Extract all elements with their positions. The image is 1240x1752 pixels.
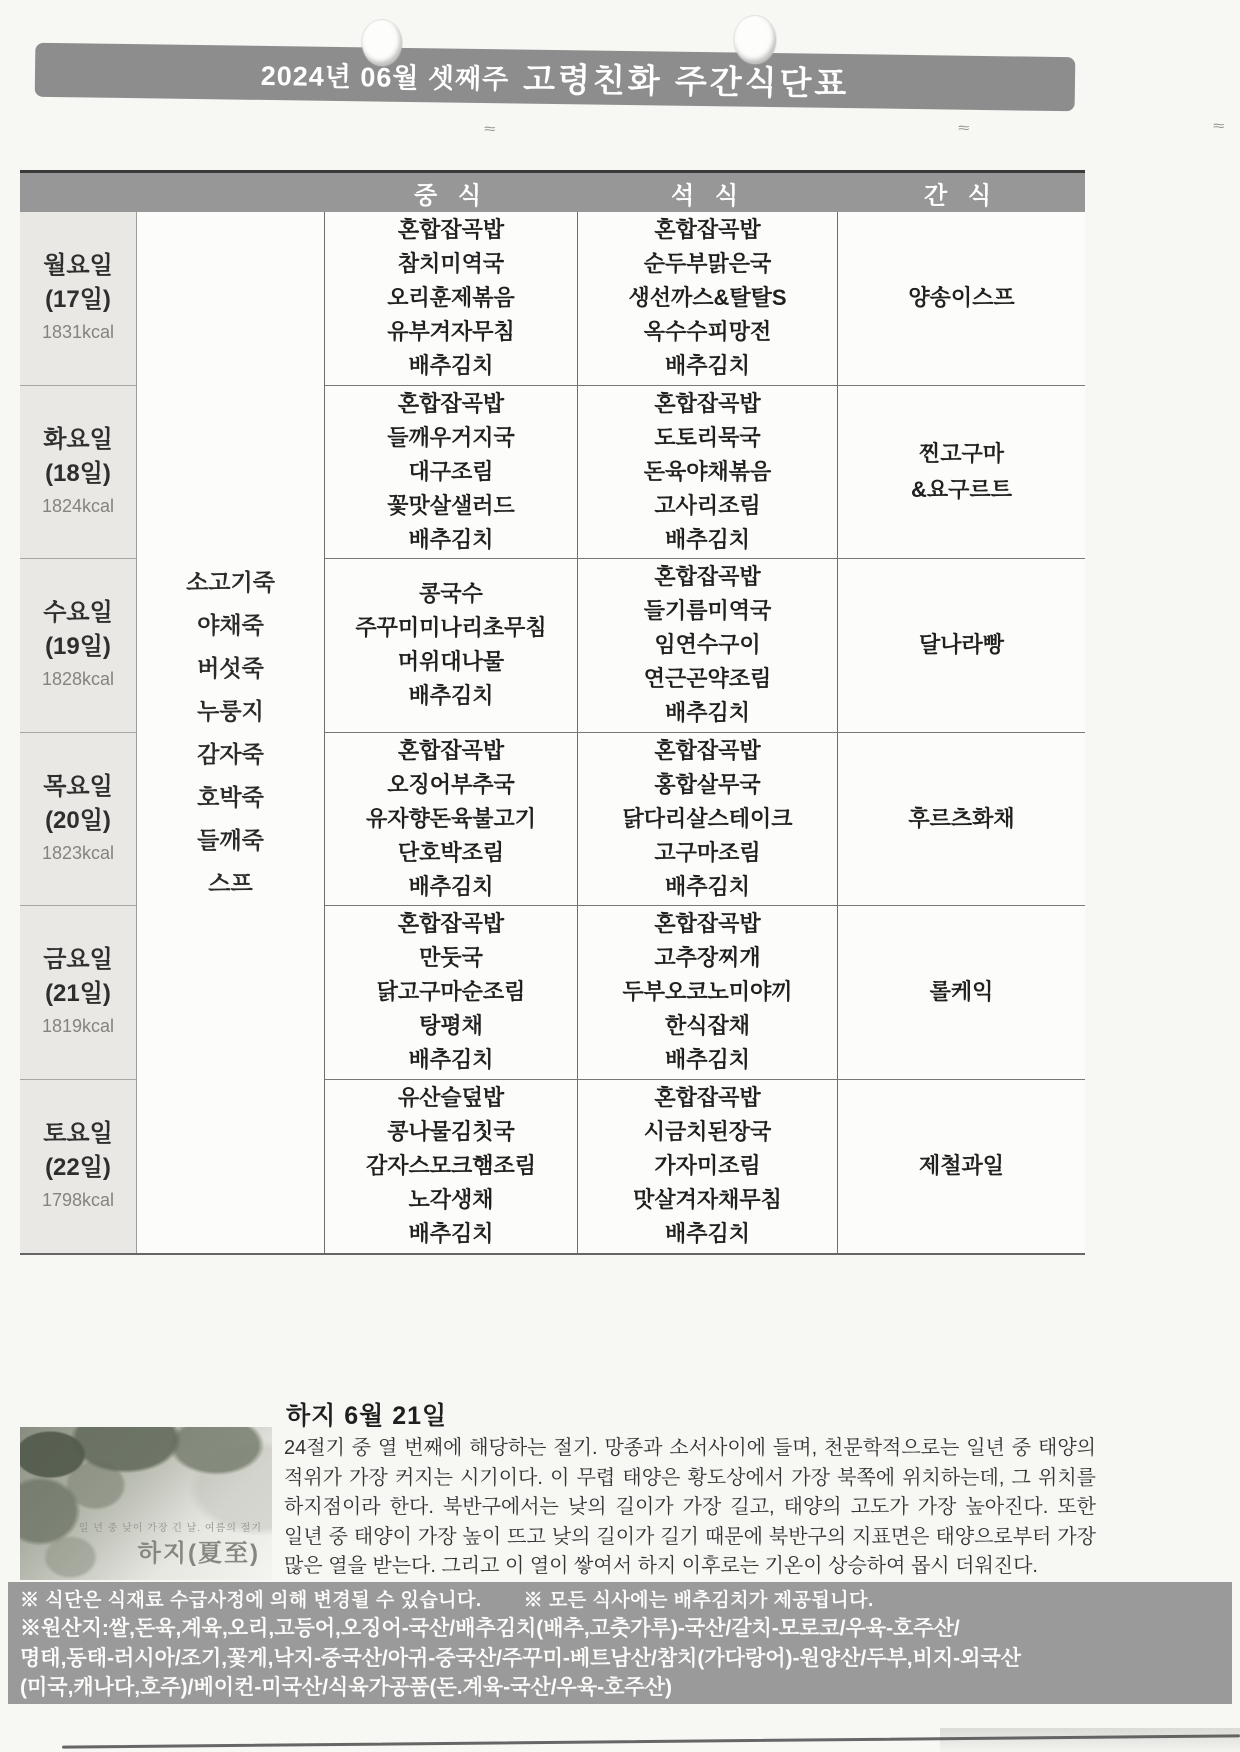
porridge-option: 소고기죽 (186, 561, 275, 604)
dinner-menu-item: 혼합잡곡밥 (654, 213, 760, 247)
day-cell: 월요일(17일)1831kcal (20, 212, 137, 386)
day-name: 금요일 (43, 943, 113, 977)
lunch-menu-item: 오리훈제볶음 (387, 281, 515, 315)
footer-origin-line: 명태,동태-러시아/조기,꽃게,낙지-중국산/아귀-중국산/주꾸미-베트남산/참… (20, 1644, 1220, 1674)
lunch-cell: 혼합잡곡밥들깨우거지국대구조림꽃맛살샐러드배추김치 (325, 386, 578, 560)
dinner-menu-item: 혼합잡곡밥 (654, 560, 760, 594)
dinner-menu-item: 닭다리살스테이크 (622, 802, 792, 836)
lunch-menu-item: 주꾸미미나리초무침 (355, 611, 546, 645)
dinner-menu-item: 혼합잡곡밥 (654, 907, 760, 941)
dinner-cell: 혼합잡곡밥홍합살무국닭다리살스테이크고구마조림배추김치 (578, 733, 838, 907)
smudge-mark: ≈ (958, 120, 969, 135)
day-name: 토요일 (43, 1117, 113, 1151)
dinner-cell: 혼합잡곡밥도토리묵국돈육야채볶음고사리조림배추김치 (578, 386, 838, 560)
dinner-menu-item: 배추김치 (665, 523, 750, 557)
porridge-option: 누룽지 (197, 690, 264, 733)
lunch-menu-item: 감자스모크햄조림 (366, 1149, 536, 1183)
dinner-menu-item: 시금치된장국 (644, 1115, 772, 1149)
day-date: (20일) (45, 804, 111, 838)
lunch-menu-item: 혼합잡곡밥 (398, 907, 504, 941)
column-header-snack: 간 식 (924, 175, 998, 210)
photo-caption-small: 일 년 중 낮이 가장 긴 날. 여름의 절기 (79, 1519, 262, 1534)
lunch-menu-item: 닭고구마순조림 (377, 975, 526, 1009)
lunch-menu-item: 콩국수 (419, 577, 483, 611)
day-kcal: 1831kcal (42, 317, 114, 347)
lunch-menu-item: 배추김치 (408, 679, 493, 713)
day-kcal: 1828kcal (42, 664, 114, 694)
porridge-option: 버섯죽 (197, 647, 264, 690)
snack-item: 찐고구마 (919, 436, 1004, 472)
lunch-cell: 콩국수주꾸미미나리초무침머위대나물배추김치 (325, 559, 578, 733)
dinner-menu-item: 혼합잡곡밥 (654, 1081, 760, 1115)
snack-cell: 후르츠화채 (838, 733, 1085, 907)
lunch-menu-item: 배추김치 (408, 349, 493, 383)
footer-notice-menu-change: ※ 식단은 식재료 수급사정에 의해 변경될 수 있습니다. (20, 1590, 482, 1611)
dinner-menu-item: 배추김치 (665, 1217, 750, 1251)
snack-cell: 양송이스프 (838, 212, 1085, 386)
day-cell: 수요일(19일)1828kcal (20, 559, 137, 733)
day-date: (19일) (45, 630, 111, 664)
dinner-cell: 혼합잡곡밥고추장찌개두부오코노미야끼한식잡채배추김치 (578, 906, 838, 1080)
lunch-menu-item: 대구조림 (408, 455, 493, 489)
day-kcal: 1798kcal (42, 1185, 114, 1215)
lunch-menu-item: 혼합잡곡밥 (398, 387, 504, 421)
dinner-menu-item: 맛살겨자채무침 (633, 1183, 782, 1217)
dinner-menu-item: 배추김치 (665, 349, 750, 383)
dinner-menu-item: 순두부맑은국 (644, 247, 772, 281)
lunch-menu-item: 혼합잡곡밥 (398, 734, 504, 768)
document-title-bar: 2024년 06월 셋째주 고령친화 주간식단표 (35, 43, 1076, 112)
dinner-menu-item: 옥수수피망전 (644, 315, 772, 349)
snack-cell: 달나라빵 (838, 559, 1085, 733)
lunch-menu-item: 콩나물김칫국 (387, 1115, 515, 1149)
smudge-mark: ≈ (1213, 118, 1224, 133)
dinner-cell: 혼합잡곡밥시금치된장국가자미조림맛살겨자채무침배추김치 (578, 1080, 838, 1254)
snack-cell: 찐고구마&요구르트 (838, 386, 1085, 560)
snack-item: 양송이스프 (908, 280, 1014, 316)
dinner-cell: 혼합잡곡밥순두부맑은국생선까스&탈탈S옥수수피망전배추김치 (578, 212, 838, 386)
leaf-photo: 일 년 중 낮이 가장 긴 날. 여름의 절기 하지(夏至) (20, 1427, 272, 1580)
porridge-option: 들깨죽 (197, 819, 264, 862)
footer-origin-line: (미국,캐나다,호주)/베이컨-미국산/식육가공품(돈.계육-국산/우육-호주산… (20, 1673, 1220, 1703)
dinner-menu-item: 홍합살무국 (654, 768, 760, 802)
day-cell: 토요일(22일)1798kcal (20, 1080, 137, 1254)
lunch-cell: 혼합잡곡밥참치미역국오리훈제볶음유부겨자무침배추김치 (325, 212, 578, 386)
day-date: (22일) (45, 1151, 111, 1185)
lunch-menu-item: 참치미역국 (398, 247, 504, 281)
dinner-menu-item: 생선까스&탈탈S (628, 281, 786, 315)
dinner-menu-item: 가자미조림 (654, 1149, 760, 1183)
snack-item: &요구르트 (911, 472, 1012, 508)
dinner-menu-item: 혼합잡곡밥 (654, 734, 760, 768)
lunch-menu-item: 유자향돈육불고기 (366, 802, 536, 836)
dinner-menu-item: 고사리조림 (654, 489, 760, 523)
day-cell: 금요일(21일)1819kcal (20, 906, 137, 1080)
day-name: 수요일 (43, 596, 113, 630)
lunch-menu-item: 탕평채 (419, 1009, 483, 1043)
lunch-menu-item: 배추김치 (408, 1217, 493, 1251)
day-kcal: 1823kcal (42, 838, 114, 868)
table-header-row: 중 식 석 식 간 식 (20, 170, 1085, 212)
day-name: 목요일 (43, 770, 113, 804)
lunch-menu-item: 들깨우거지국 (387, 421, 515, 455)
snack-cell: 롤케익 (838, 906, 1085, 1080)
footer-origin-info: ※원산지:쌀,돈육,계육,오리,고등어,오징어-국산/배추김치(배추,고춧가루)… (20, 1614, 1220, 1703)
dinner-menu-item: 들기름미역국 (644, 594, 772, 628)
footer-notice-band: ※ 식단은 식재료 수급사정에 의해 변경될 수 있습니다.※ 모든 식사에는 … (8, 1582, 1232, 1704)
snack-item: 제철과일 (919, 1148, 1004, 1184)
scan-corner-shade (940, 1728, 1240, 1752)
lunch-menu-item: 배추김치 (408, 523, 493, 557)
lunch-menu-item: 혼합잡곡밥 (398, 213, 504, 247)
day-kcal: 1819kcal (42, 1011, 114, 1041)
lunch-menu-item: 배추김치 (408, 1043, 493, 1077)
footer-origin-line: ※원산지:쌀,돈육,계육,오리,고등어,오징어-국산/배추김치(배추,고춧가루)… (20, 1614, 1220, 1644)
punch-hole (734, 16, 776, 64)
lunch-menu-item: 노각생채 (408, 1183, 493, 1217)
dinner-cell: 혼합잡곡밥들기름미역국임연수구이연근곤약조림배추김치 (578, 559, 838, 733)
dinner-menu-item: 두부오코노미야끼 (622, 975, 792, 1009)
footer-notices: ※ 식단은 식재료 수급사정에 의해 변경될 수 있습니다.※ 모든 식사에는 … (20, 1588, 1220, 1614)
page-title: 고령친화 주간식단표 (523, 53, 850, 105)
lunch-menu-item: 머위대나물 (398, 645, 504, 679)
porridge-option: 야채죽 (197, 604, 264, 647)
lunch-cell: 유산슬덮밥콩나물김칫국감자스모크햄조림노각생채배추김치 (325, 1080, 578, 1254)
day-date: (17일) (45, 283, 111, 317)
porridge-option: 감자죽 (197, 733, 264, 776)
porridge-option: 호박죽 (197, 776, 264, 819)
snack-cell: 제철과일 (838, 1080, 1085, 1254)
lunch-cell: 혼합잡곡밥오징어부추국유자향돈육불고기단호박조림배추김치 (325, 733, 578, 907)
dinner-menu-item: 고구마조림 (654, 836, 760, 870)
day-cell: 목요일(20일)1823kcal (20, 733, 137, 907)
dinner-menu-item: 배추김치 (665, 1043, 750, 1077)
lunch-menu-item: 꽃맛살샐러드 (387, 489, 515, 523)
solstice-description: 24절기 중 열 번째에 해당하는 절기. 망종과 소서사이에 들며, 천문학적… (284, 1434, 1096, 1582)
dinner-menu-item: 도토리묵국 (654, 421, 760, 455)
lunch-menu-item: 오징어부추국 (387, 768, 515, 802)
dinner-menu-item: 배추김치 (665, 870, 750, 904)
photo-caption-large: 하지(夏至) (138, 1533, 260, 1568)
smudge-mark: ≈ (484, 121, 495, 136)
lunch-menu-item: 유부겨자무침 (387, 315, 515, 349)
snack-item: 롤케익 (930, 974, 994, 1010)
lunch-menu-item: 단호박조림 (398, 836, 504, 870)
dinner-menu-item: 한식잡채 (665, 1009, 750, 1043)
day-date: (21일) (45, 977, 111, 1011)
snack-item: 후르츠화채 (908, 801, 1014, 837)
column-header-dinner: 석 식 (671, 175, 745, 210)
snack-item: 달나라빵 (919, 627, 1004, 663)
dinner-menu-item: 연근곤약조림 (644, 662, 772, 696)
footer-notice-kimchi: ※ 모든 식사에는 배추김치가 제공됩니다. (524, 1590, 874, 1611)
weekly-menu-table: 중 식 석 식 간 식 소고기죽야채죽버섯죽누룽지감자죽호박죽들깨죽스프 월요일… (20, 170, 1085, 1255)
lunch-menu-item: 만둣국 (419, 941, 483, 975)
table-body: 소고기죽야채죽버섯죽누룽지감자죽호박죽들깨죽스프 월요일(17일)1831kca… (20, 212, 1085, 1255)
day-cell: 화요일(18일)1824kcal (20, 386, 137, 560)
lunch-menu-item: 배추김치 (408, 870, 493, 904)
day-kcal: 1824kcal (42, 491, 114, 521)
lunch-menu-item: 유산슬덮밥 (398, 1081, 504, 1115)
dinner-menu-item: 임연수구이 (654, 628, 760, 662)
porridge-options-cell: 소고기죽야채죽버섯죽누룽지감자죽호박죽들깨죽스프 (137, 212, 325, 1253)
dinner-menu-item: 돈육야채볶음 (644, 455, 772, 489)
column-header-lunch: 중 식 (414, 175, 488, 210)
solstice-heading: 하지 6월 21일 (286, 1396, 447, 1432)
punch-hole (362, 20, 402, 66)
day-name: 월요일 (43, 249, 113, 283)
lunch-cell: 혼합잡곡밥만둣국닭고구마순조림탕평채배추김치 (325, 906, 578, 1080)
dinner-menu-item: 고추장찌개 (654, 941, 760, 975)
dinner-menu-item: 배추김치 (665, 696, 750, 730)
day-name: 화요일 (43, 423, 113, 457)
porridge-option: 스프 (208, 862, 252, 905)
day-date: (18일) (45, 457, 111, 491)
dinner-menu-item: 혼합잡곡밥 (654, 387, 760, 421)
